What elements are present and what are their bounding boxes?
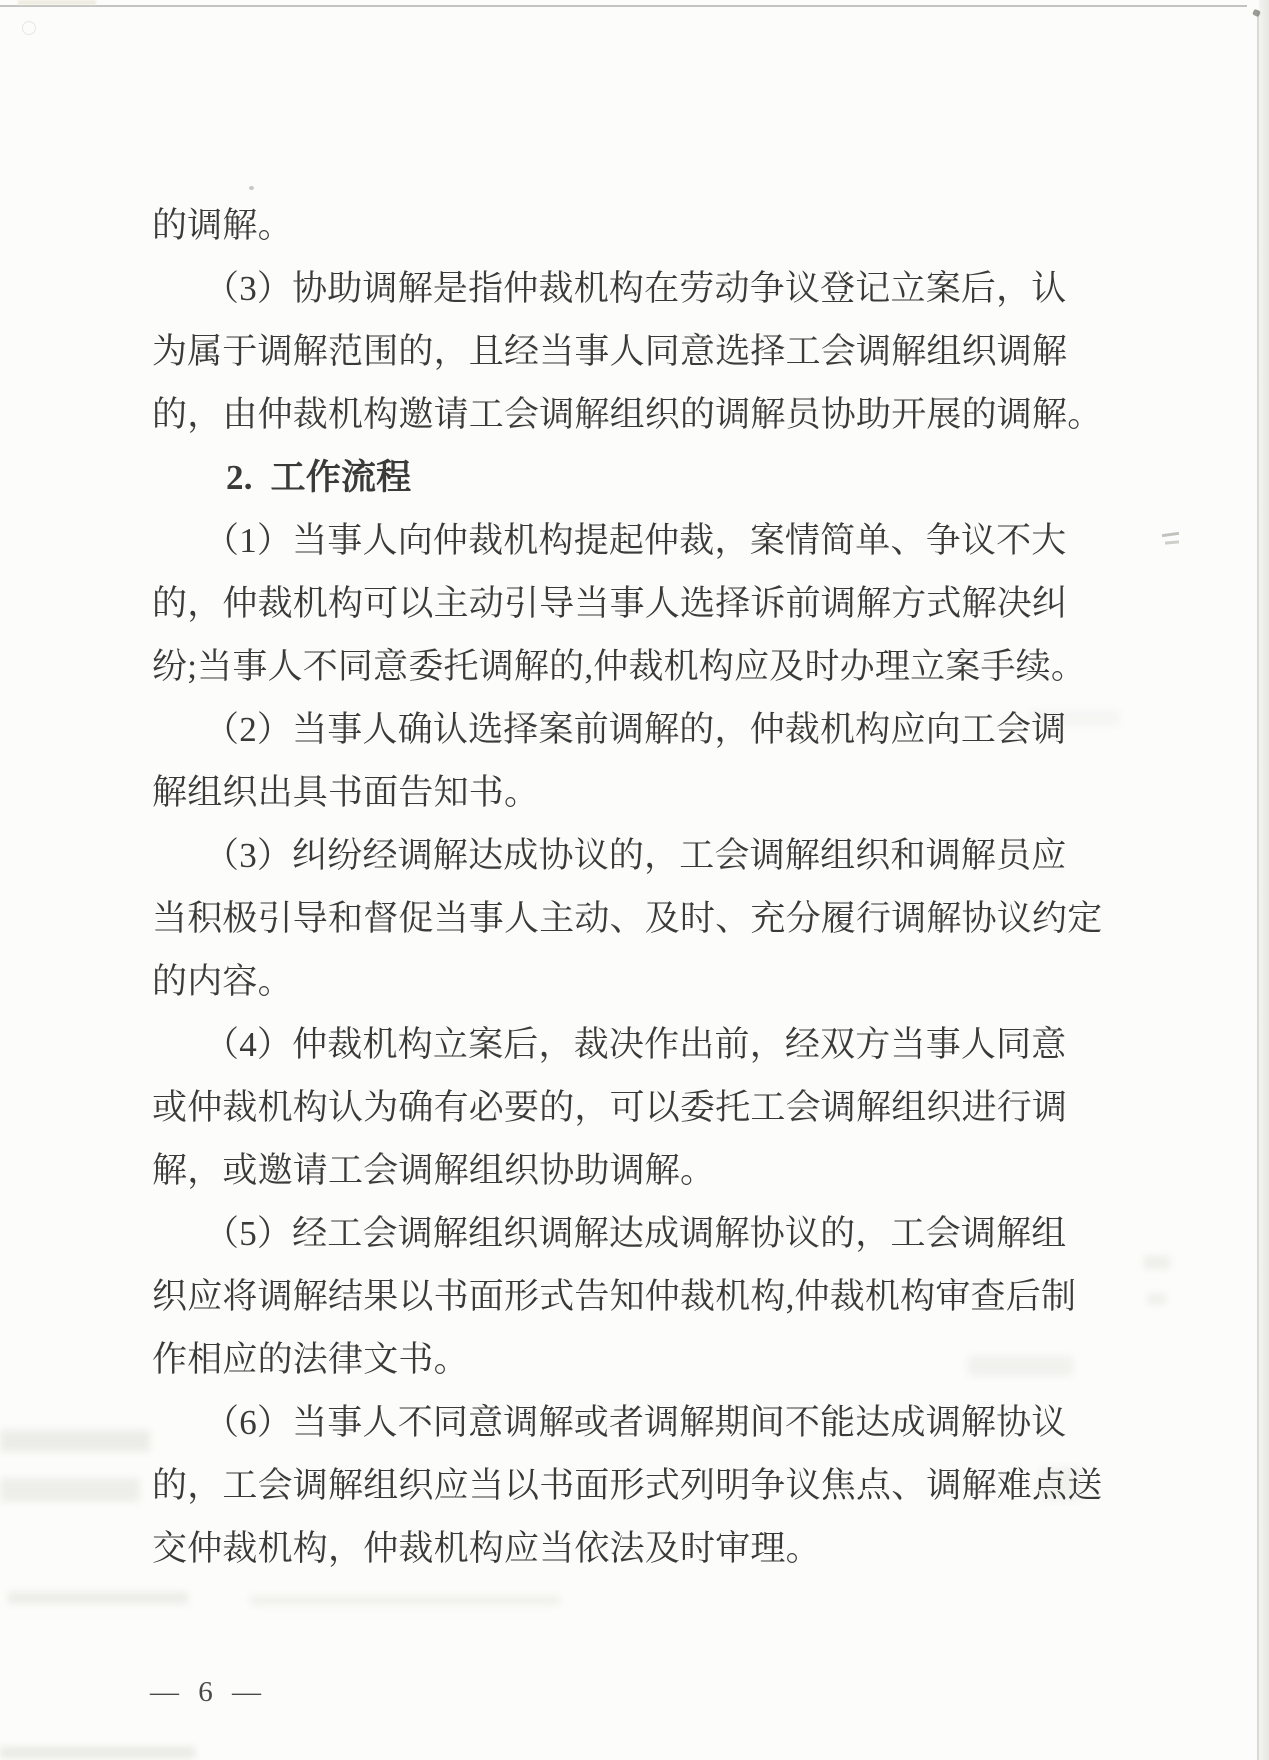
scan-edge-line-top xyxy=(0,5,1247,7)
document-body: 的调解。 （3）协助调解是指仲裁机构在劳动争议登记立案后，认 为属于调解范围的，… xyxy=(152,194,1152,1580)
text-line: 作相应的法律文书。 xyxy=(152,1328,1152,1391)
text-line: （2）当事人确认选择案前调解的，仲裁机构应向工会调 xyxy=(152,698,1152,761)
scan-smudge xyxy=(0,1747,195,1758)
text-line: 的，工会调解组织应当以书面形式列明争议焦点、调解难点送 xyxy=(152,1454,1152,1517)
text-line: （3）纠纷经调解达成协议的，工会调解组织和调解员应 xyxy=(152,824,1152,887)
document-page: 的调解。 （3）协助调解是指仲裁机构在劳动争议登记立案后，认 为属于调解范围的，… xyxy=(0,0,1269,1760)
text-line: （4）仲裁机构立案后，裁决作出前，经双方当事人同意 xyxy=(152,1013,1152,1076)
scan-smudge xyxy=(0,1430,150,1452)
text-line: （6）当事人不同意调解或者调解期间不能达成调解协议 xyxy=(152,1391,1152,1454)
text-line: 的调解。 xyxy=(152,194,1152,257)
text-line: 或仲裁机构认为确有必要的，可以委托工会调解组织进行调 xyxy=(152,1076,1152,1139)
scan-smudge xyxy=(18,0,96,5)
text-line: （3）协助调解是指仲裁机构在劳动争议登记立案后，认 xyxy=(152,257,1152,320)
text-line: 的，由仲裁机构邀请工会调解组织的调解员协助开展的调解。 xyxy=(152,383,1152,446)
scan-edge-line-right xyxy=(1257,10,1259,1760)
text-line: 为属于调解范围的，且经当事人同意选择工会调解组织调解 xyxy=(152,320,1152,383)
scan-smudge xyxy=(8,1592,188,1604)
text-line: 解，或邀请工会调解组织协助调解。 xyxy=(152,1139,1152,1202)
text-line: 的，仲裁机构可以主动引导当事人选择诉前调解方式解决纠 xyxy=(152,572,1152,635)
text-line: 解组织出具书面告知书。 xyxy=(152,761,1152,824)
scan-speck xyxy=(249,186,254,190)
text-line: （1）当事人向仲裁机构提起仲裁，案情简单、争议不大 xyxy=(152,509,1152,572)
text-line: 纷;当事人不同意委托调解的,仲裁机构应及时办理立案手续。 xyxy=(152,635,1152,698)
scan-smudge xyxy=(1165,540,1179,544)
text-line: 当积极引导和督促当事人主动、及时、充分履行调解协议约定 xyxy=(152,887,1152,950)
scan-smudge xyxy=(250,1596,560,1605)
section-heading: 2. 工作流程 xyxy=(152,446,1152,509)
scan-smudge xyxy=(1162,532,1179,537)
text-line: 的内容。 xyxy=(152,950,1152,1013)
scan-edge-shadow-right xyxy=(1259,0,1269,1760)
scan-speck xyxy=(1252,9,1261,17)
text-line: 织应将调解结果以书面形式告知仲裁机构,仲裁机构审查后制 xyxy=(152,1265,1152,1328)
text-line: （5）经工会调解组织调解达成调解协议的，工会调解组 xyxy=(152,1202,1152,1265)
scan-smudge xyxy=(22,21,36,35)
text-line: 交仲裁机构，仲裁机构应当依法及时审理。 xyxy=(152,1517,1152,1580)
scan-smudge xyxy=(0,1478,140,1502)
page-number: — 6 — xyxy=(150,1676,267,1709)
